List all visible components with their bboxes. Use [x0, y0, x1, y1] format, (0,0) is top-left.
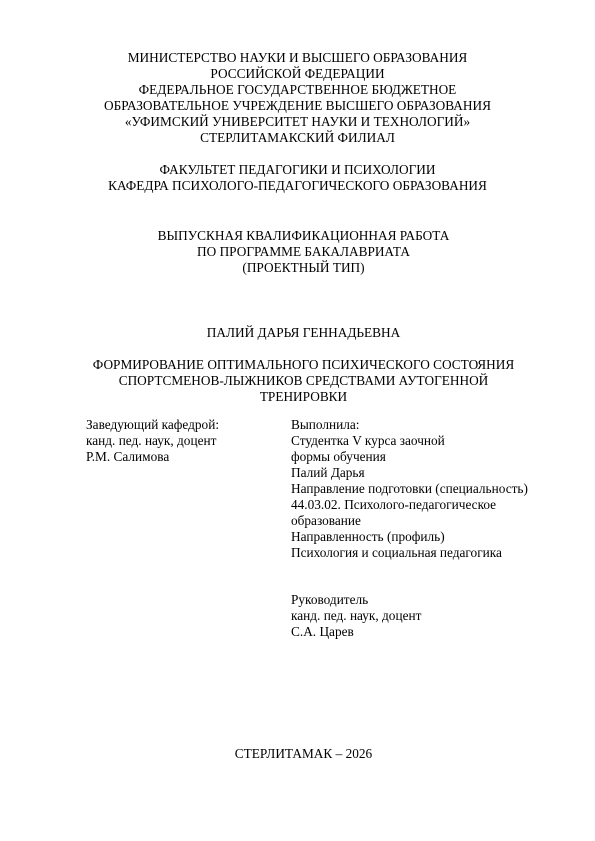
hod-name: Р.М. Салимова [86, 449, 219, 465]
thesis-title: ФОРМИРОВАНИЕ ОПТИМАЛЬНОГО ПСИХИЧЕСКОГО С… [6, 357, 595, 405]
hod-label: Заведующий кафедрой: [86, 417, 219, 433]
performed-by-label: Выполнила: [291, 417, 528, 433]
hod-degree: канд. пед. наук, доцент [86, 433, 219, 449]
header-line: МИНИСТЕРСТВО НАУКИ И ВЫСШЕГО ОБРАЗОВАНИЯ [0, 50, 595, 66]
direction-label: Направление подготовки (специальность) [291, 481, 528, 497]
direction-code: 44.03.02. Психолого-педагогическое [291, 497, 528, 513]
header-line: СТЕРЛИТАМАКСКИЙ ФИЛИАЛ [0, 130, 595, 146]
supervisor-label: Руководитель [291, 592, 421, 608]
student-course: Студентка V курса заочной [291, 433, 528, 449]
work-type-line: ВЫПУСКНАЯ КВАЛИФИКАЦИОННАЯ РАБОТА [6, 228, 595, 244]
performed-by-block: Выполнила: Студентка V курса заочной фор… [291, 417, 528, 561]
header-line: ФЕДЕРАЛЬНОЕ ГОСУДАРСТВЕННОЕ БЮДЖЕТНОЕ [0, 82, 595, 98]
header-line: «УФИМСКИЙ УНИВЕРСИТЕТ НАУКИ И ТЕХНОЛОГИЙ… [0, 114, 595, 130]
work-type-block: ВЫПУСКНАЯ КВАЛИФИКАЦИОННАЯ РАБОТА ПО ПРО… [6, 228, 595, 276]
title-line: СПОРТСМЕНОВ-ЛЫЖНИКОВ СРЕДСТВАМИ АУТОГЕНН… [6, 373, 595, 389]
direction-name: образование [291, 513, 528, 529]
work-type-line: ПО ПРОГРАММЕ БАКАЛАВРИАТА [6, 244, 595, 260]
author-name: ПАЛИЙ ДАРЬЯ ГЕННАДЬЕВНА [6, 325, 595, 341]
profile-label: Направленность (профиль) [291, 529, 528, 545]
city-year-footer: СТЕРЛИТАМАК – 2026 [6, 746, 595, 762]
supervisor-name: С.А. Царев [291, 624, 421, 640]
supervisor-degree: канд. пед. наук, доцент [291, 608, 421, 624]
student-name: Палий Дарья [291, 465, 528, 481]
head-of-department-block: Заведующий кафедрой: канд. пед. наук, до… [86, 417, 219, 465]
faculty-block: ФАКУЛЬТЕТ ПЕДАГОГИКИ И ПСИХОЛОГИИ КАФЕДР… [0, 162, 595, 194]
header-line: ОБРАЗОВАТЕЛЬНОЕ УЧРЕЖДЕНИЕ ВЫСШЕГО ОБРАЗ… [0, 98, 595, 114]
supervisor-block: Руководитель канд. пед. наук, доцент С.А… [291, 592, 421, 640]
profile-name: Психология и социальная педагогика [291, 545, 528, 561]
city-year: СТЕРЛИТАМАК – 2026 [6, 746, 595, 762]
faculty-line: ФАКУЛЬТЕТ ПЕДАГОГИКИ И ПСИХОЛОГИИ [0, 162, 595, 178]
title-line: ТРЕНИРОВКИ [6, 389, 595, 405]
header-line: РОССИЙСКОЙ ФЕДЕРАЦИИ [0, 66, 595, 82]
study-form: формы обучения [291, 449, 528, 465]
work-type-line: (ПРОЕКТНЫЙ ТИП) [6, 260, 595, 276]
title-line: ФОРМИРОВАНИЕ ОПТИМАЛЬНОГО ПСИХИЧЕСКОГО С… [6, 357, 595, 373]
department-line: КАФЕДРА ПСИХОЛОГО-ПЕДАГОГИЧЕСКОГО ОБРАЗО… [0, 178, 595, 194]
author-line: ПАЛИЙ ДАРЬЯ ГЕННАДЬЕВНА [6, 325, 595, 341]
ministry-header: МИНИСТЕРСТВО НАУКИ И ВЫСШЕГО ОБРАЗОВАНИЯ… [0, 50, 595, 146]
